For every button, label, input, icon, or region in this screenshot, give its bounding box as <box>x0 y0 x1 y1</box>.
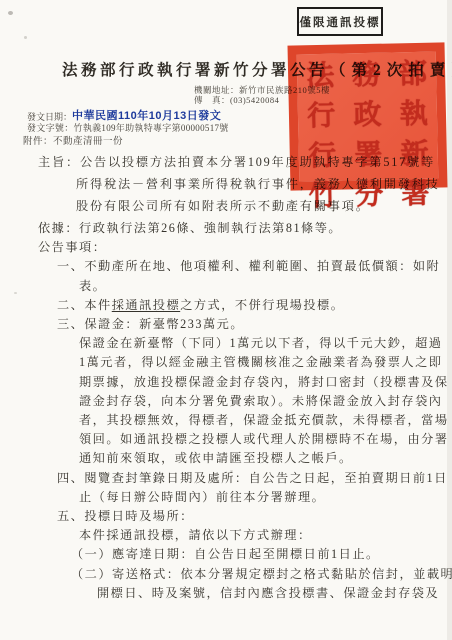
seal-character: 分 <box>346 173 393 214</box>
item-1-line-1: 一、不動產所在地、他項權利、權利範圍、拍賣最低價額：如附 <box>57 257 452 276</box>
item-2-text-post: 之方式，不併行現場投標。 <box>180 298 344 312</box>
seal-character: 政 <box>344 93 391 134</box>
official-seal: 法務部行政執行署新竹分署 <box>287 42 447 190</box>
official-seal-glyphs: 法務部行政執行署新竹分署 <box>297 52 439 182</box>
item-3-paragraph-2: 1萬元者，得以經金融主管機關核准之金融業者為發票人之即 <box>79 353 452 372</box>
item-5-sub-2-line-1: （二）寄送格式：依本分署規定標封之格式黏貼於信封，並載明 <box>71 565 452 584</box>
item-5-number: 五、 <box>57 509 84 523</box>
item-2-number: 二、 <box>57 298 84 312</box>
seal-character: 行 <box>298 133 345 174</box>
item-1-text-1: 不動產所在地、他項權利、權利範圍、拍賣最低價額：如附 <box>84 259 440 273</box>
announcement-items-header: 公告事項： <box>38 238 452 257</box>
seal-character: 部 <box>389 52 436 93</box>
seal-character: 竹 <box>299 173 346 214</box>
scan-artifact <box>8 11 13 15</box>
item-5-sub-2-line-2: 開標日、時及案號，信封內應含投標書、保證金封存袋及 <box>97 584 452 603</box>
mail-bid-only-badge: 僅限通訊投標 <box>297 7 383 36</box>
item-2-line: 二、本件採通訊投標之方式，不併行現場投標。 <box>57 296 452 315</box>
item-3-number: 三、 <box>57 317 84 331</box>
item-4-text-1: 閱覽查封筆錄日期及處所：自公告之日起，至拍賣期日前1日 <box>84 471 447 485</box>
agency-fax: 傳 真：(03)5420084 <box>194 94 279 106</box>
item-3-paragraph-7: 通知前來領取，或依申請匯至投標人之帳戶。 <box>79 449 452 468</box>
item-5-head-text: 投標日時及場所： <box>84 509 194 523</box>
legal-basis-line: 依據：行政執行法第26條、強制執行法第81條等。 <box>38 219 452 238</box>
item-4-line-2: 止（每日辦公時間內）前往本分署辦理。 <box>79 488 452 507</box>
seal-character: 署 <box>345 133 392 174</box>
item-5-sub-1: （一）應寄達日期：自公告日起至開標日前1日止。 <box>71 545 452 564</box>
item-1-number: 一、 <box>57 259 84 273</box>
item-3-paragraph-1: 保證金在新臺幣（下同）1萬元以下者，得以千元大鈔，超過 <box>79 334 452 353</box>
seal-character: 新 <box>391 132 438 173</box>
seal-character: 執 <box>390 92 437 133</box>
seal-character: 法 <box>297 53 344 94</box>
item-2-text-pre: 本件 <box>84 298 111 312</box>
item-5-intro: 本件採通訊投標，請依以下方式辦理： <box>79 526 452 545</box>
item-3-paragraph-4: 證金封存袋，向本分署免費索取）。未將保證金放入封存袋內 <box>79 392 452 411</box>
item-3-head-text: 保證金：新臺幣233萬元。 <box>84 317 244 331</box>
item-3-paragraph-5: 者，其投標無效，得標者，保證金抵充價款，未得標者，當場 <box>79 411 452 430</box>
item-2-text-underlined: 採通訊投標 <box>112 298 180 312</box>
item-3-head: 三、保證金：新臺幣233萬元。 <box>57 315 452 334</box>
seal-character: 行 <box>298 93 345 134</box>
scanned-announcement-page: 僅限通訊投標 法務部行政執行署新竹分署公告（第2次拍賣） 機關地址：新竹市民族路… <box>0 0 452 640</box>
item-3-paragraph-3: 期票據，放進投標保證金封存袋內，將封口密封（投標書及保 <box>79 373 452 392</box>
subject-label: 主旨： <box>38 155 80 169</box>
item-4-line-1: 四、閱覽查封筆錄日期及處所：自公告之日起，至拍賣期日前1日 <box>57 469 452 488</box>
seal-character: 署 <box>392 172 439 213</box>
seal-character: 務 <box>343 53 390 94</box>
item-3-paragraph-6: 領回。如通訊投標之投標人或代理人於開標時不在場，由分署 <box>79 430 452 449</box>
mail-bid-only-label: 僅限通訊投標 <box>300 14 381 30</box>
attachment-line: 附件：不動產清冊一份 <box>23 133 123 147</box>
scan-artifact <box>24 36 27 39</box>
announcement-body: 主旨：公告以投標方法拍賣本分署109年度助執特專字第517號等 所得稅法－營利事… <box>0 151 452 603</box>
item-5-head: 五、投標日時及場所： <box>57 507 452 526</box>
item-1-line-2: 表。 <box>79 277 452 296</box>
item-4-number: 四、 <box>57 471 84 485</box>
